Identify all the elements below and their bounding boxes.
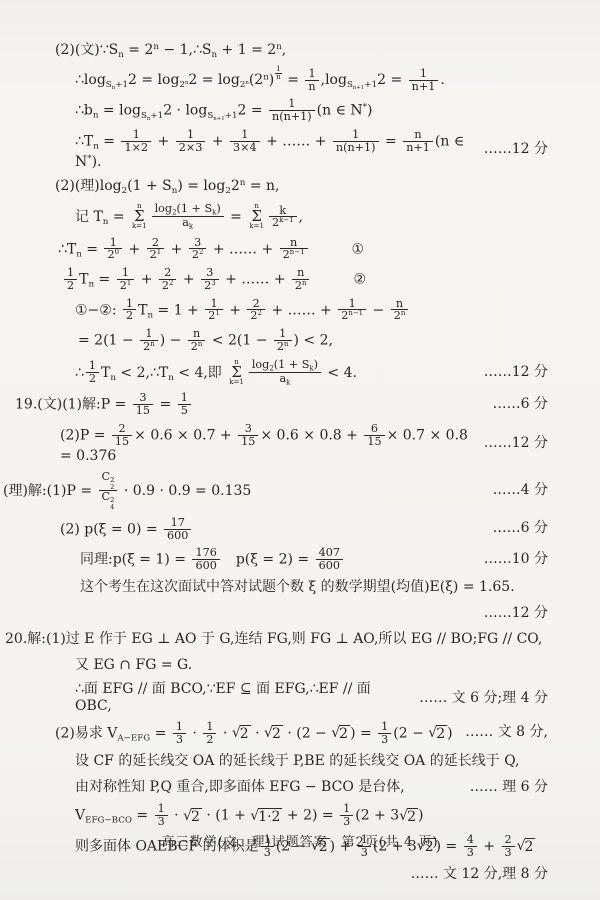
subscript: n+1 <box>353 85 364 91</box>
subscript: n <box>76 249 82 259</box>
numerator: 2 <box>247 298 265 310</box>
numerator: 1 <box>305 68 318 80</box>
document-line: 记 Tn = nΣk=1log2(1 + Sk)ak = nΣk=1k2k−1, <box>0 202 600 232</box>
denominator: 2 <box>123 309 136 322</box>
score-label: …… 文 6 分;理 4 分 <box>409 690 548 708</box>
document-line: VEFG−BCO = 13 · √2 · (1 + √1·2 + 2) = 13… <box>0 802 600 829</box>
fraction: n2n <box>391 298 409 323</box>
subscript: n <box>212 50 218 60</box>
denominator: 2n−1 <box>338 309 366 322</box>
numerator: 1 <box>140 328 158 340</box>
denominator: 5 <box>178 404 191 417</box>
line-content: 由对称性知 P,Q 重合,即多面体 EFG − BCO 是台体, <box>75 779 405 797</box>
superscript: 3 <box>211 279 215 287</box>
line-content: ①−②: 12Tn = 1 + 121 + 222 + …… + 12n−1 −… <box>75 297 410 324</box>
superscript: n <box>198 340 202 348</box>
line-content: (2)易求 VA−EFG = 13 · 12 · √2 · √2 · (2 − … <box>55 720 453 747</box>
document-line: (2)P = 215× 0.6 × 0.7 + 315× 0.6 × 0.8 +… <box>0 422 600 466</box>
document-line: ①−②: 12Tn = 1 + 121 + 222 + …… + 12n−1 −… <box>0 297 600 324</box>
line-content: VEFG−BCO = 13 · √2 · (1 + √1·2 + 2) = 13… <box>75 802 423 829</box>
score-label: …… 文 8 分, <box>455 724 548 742</box>
radicand: 2 <box>407 808 418 825</box>
denominator: 2 <box>203 733 216 746</box>
superscript: 0 <box>115 249 119 257</box>
fraction: 12×3 <box>176 129 206 154</box>
denominator: 2n <box>292 279 310 292</box>
denominator: 3 <box>340 815 353 828</box>
sum-lower-limit: k=1 <box>249 223 264 230</box>
fraction: 222 <box>247 298 265 323</box>
fraction: 176600 <box>192 547 219 572</box>
page-footer: 高三数学(文、理)试题答案 第2页(共 4 页) <box>0 831 600 850</box>
summation-sigma: nΣk=1 <box>229 359 244 386</box>
numerator: 1 <box>104 237 122 249</box>
document-line: (2)(理)log2(1 + Sn) = log22n = n, <box>0 176 600 198</box>
superscript: * <box>87 155 91 165</box>
fraction: 120 <box>104 237 122 262</box>
document-line: 19.(文)(1)解:P = 315 = 15……6 分 <box>0 391 600 418</box>
document-line: 同理:p(ξ = 1) = 176600 p(ξ = 2) = 407600……… <box>0 546 600 573</box>
scanned-answer-page: (2)(文)∵Sn = 2n − 1,∴Sn + 1 = 2n,∴logSn+1… <box>0 0 600 900</box>
numerator: n <box>391 298 409 310</box>
line-content: (2)P = 215× 0.6 × 0.7 + 315× 0.6 × 0.8 +… <box>60 422 474 466</box>
fraction: log2(1 + Sk)ak <box>152 203 224 231</box>
fraction: 1n(n+1) <box>333 129 379 154</box>
denominator: 600 <box>316 559 343 572</box>
line-content: 这个考生在这次面试中答对试题个数 ξ 的数学期望(均值)E(ξ) = 1.65. <box>80 579 515 597</box>
subscript: n <box>147 310 153 320</box>
square-root: √1·2 <box>250 808 282 825</box>
line-content: 同理:p(ξ = 1) = 176600 p(ξ = 2) = 407600 <box>80 546 345 573</box>
superscript: n−1 <box>348 310 363 318</box>
superscript: n <box>284 340 288 348</box>
numerator: 6 <box>364 423 384 435</box>
document-line: 这个考生在这次面试中答对试题个数 ξ 的数学期望(均值)E(ξ) = 1.65. <box>0 577 600 599</box>
document-line: (2)易求 VA−EFG = 13 · 12 · √2 · √2 · (2 − … <box>0 720 600 747</box>
numerator: 3 <box>189 237 207 249</box>
document-line: 设 CF 的延长线交 OA 的延长线于 P,BE 的延长线交 OA 的延长线于 … <box>0 750 600 772</box>
fraction: 407600 <box>316 547 343 572</box>
fraction: 12 <box>64 267 77 292</box>
numerator: log2(1 + Sk) <box>249 359 321 372</box>
superscript: 1 <box>127 279 131 287</box>
line-content: 19.(文)(1)解:P = 315 = 15 <box>15 391 193 418</box>
subscript: n <box>110 373 116 383</box>
line-content: 记 Tn = nΣk=1log2(1 + Sk)ak = nΣk=1k2k−1, <box>75 202 303 232</box>
radicand: 2 <box>436 725 447 742</box>
denominator: 21 <box>117 279 135 292</box>
fraction: 315 <box>238 423 258 448</box>
sup-sub-stack: 24 <box>110 497 114 510</box>
subscript: A−EFG <box>117 733 150 743</box>
stack-sub: 4 <box>110 504 114 511</box>
subscript: k <box>309 364 313 372</box>
fraction: 315 <box>133 392 153 417</box>
numerator: 2 <box>159 267 177 279</box>
superscript: n <box>245 80 248 86</box>
subscript: k <box>212 208 216 216</box>
score-label: ……12 分 <box>474 141 548 159</box>
numerator: 1 <box>86 360 99 372</box>
numerator: 1 <box>338 298 366 310</box>
line-content: (2) p(ξ = 0) = 17600 <box>60 516 193 543</box>
numerator: 176 <box>192 547 219 559</box>
numerator: 1 <box>230 129 260 141</box>
denominator: n(n+1) <box>269 110 315 123</box>
denominator: 3 <box>173 733 186 746</box>
numerator: 17 <box>164 517 191 529</box>
line-content: ∴面 EFG // 面 BCO,∵EF ⊆ 面 EFG,∴EF // 面 OBC… <box>75 681 409 716</box>
fraction: 13 <box>173 721 186 746</box>
subscript: Sn+1 <box>141 111 163 121</box>
fraction: n2n−1 <box>280 237 308 262</box>
document-line: 12Tn = 121 + 222 + 323 + …… + n2n ② <box>0 266 600 293</box>
fraction: nn+1 <box>403 129 433 154</box>
fraction: 121 <box>117 267 135 292</box>
radicand: 2 <box>272 725 283 742</box>
sup-sub-stack: 22 <box>110 477 114 490</box>
score-label: ……6 分 <box>483 520 548 538</box>
line-content: (2)(理)log2(1 + Sn) = log22n = n, <box>55 178 279 196</box>
line-content: ∴bn = logSn+12 · logSn+1+12 = 1n(n+1)(n … <box>75 97 372 124</box>
subscript: Sn+1 <box>106 80 128 90</box>
subscript: 2 <box>269 364 273 372</box>
document-line: 由对称性知 P,Q 重合,即多面体 EFG − BCO 是台体,…… 理 6 分 <box>0 776 600 798</box>
subscript: n <box>103 217 109 227</box>
document-line: 20.解:(1)过 E 作于 EG ⊥ AO 于 G,连结 FG,则 FG ⊥ … <box>0 629 600 651</box>
denominator: 15 <box>364 435 384 448</box>
fraction: 215 <box>112 423 132 448</box>
numerator: n <box>292 267 310 279</box>
numerator: C22 <box>99 471 118 490</box>
fraction: 322 <box>189 237 207 262</box>
subscript: Sn+1+1 <box>207 111 237 121</box>
denominator: 3 <box>378 733 391 746</box>
denominator: n+1 <box>403 141 433 154</box>
line-content: (2)(文)∵Sn = 2n − 1,∴Sn + 1 = 2n, <box>55 42 286 60</box>
subscript: k <box>189 223 193 231</box>
numerator: n <box>280 237 308 249</box>
subscript: n+1 <box>213 116 224 122</box>
numerator: 2 <box>112 423 132 435</box>
superscript: n <box>240 178 246 188</box>
subscript: k <box>286 378 290 386</box>
subscript: 2n <box>179 80 188 90</box>
subscript: n <box>88 279 94 289</box>
numerator: n <box>188 328 206 340</box>
denominator: 2n <box>140 340 158 353</box>
line-content: ∴Tn = 11×2 + 12×3 + 13×4 + …… + 1n(n+1) … <box>75 128 474 172</box>
fraction: 13 <box>378 721 391 746</box>
denominator: 600 <box>164 529 191 542</box>
fraction: 17600 <box>164 517 191 542</box>
line-content: = 2(1 − 12n) − n2n < 2(1 − 12n) < 2, <box>78 327 333 354</box>
line-content: 又 EG ∩ FG = G. <box>75 657 192 675</box>
denominator: 1×2 <box>121 141 151 154</box>
superscript: n <box>153 42 159 52</box>
document-line: ∴logSn+12 = log2n2 = log2n(2n)1n = 1n,lo… <box>0 66 600 93</box>
denominator: ak <box>152 216 224 230</box>
denominator: 2k−1 <box>269 216 297 229</box>
denominator: 15 <box>112 435 132 448</box>
fraction: 13×4 <box>230 129 260 154</box>
superscript: 2 <box>199 249 203 257</box>
superscript: * <box>363 103 367 113</box>
document-line: (2)(文)∵Sn = 2n − 1,∴Sn + 1 = 2n, <box>0 40 600 62</box>
fraction: 1n+1 <box>409 68 439 93</box>
numerator: 1 <box>178 392 191 404</box>
numerator: 1 <box>274 328 292 340</box>
fraction: 121 <box>205 298 223 323</box>
square-root: √2 <box>428 725 447 742</box>
line-content: 12Tn = 121 + 222 + 323 + …… + n2n ② <box>62 266 366 293</box>
subscript: n <box>168 373 174 383</box>
denominator: 21 <box>147 248 165 261</box>
score-label: ……12 分 <box>474 364 548 382</box>
denominator: 15 <box>238 435 258 448</box>
square-root: √2 <box>399 808 418 825</box>
radicand: 2 <box>191 808 202 825</box>
score-label: ……12 分 <box>474 435 548 453</box>
subscript: n <box>118 50 124 60</box>
numerator: 1 <box>121 129 151 141</box>
denominator: 22 <box>189 248 207 261</box>
superscript: n <box>276 42 282 52</box>
denominator: 600 <box>192 559 219 572</box>
fraction: log2(1 + Sk)ak <box>249 359 321 387</box>
fraction: 12 <box>86 360 99 385</box>
denominator: C24 <box>99 490 118 510</box>
document-line: = 2(1 − 12n) − n2n < 2(1 − 12n) < 2, <box>0 327 600 354</box>
fraction: 1n <box>305 68 318 93</box>
fraction: 323 <box>201 267 219 292</box>
fraction: 12 <box>123 298 136 323</box>
subscript: n <box>93 111 99 121</box>
numerator: 407 <box>316 547 343 559</box>
superscript: 2 <box>258 310 262 318</box>
superscript: 1 <box>215 310 219 318</box>
denominator: 2×3 <box>176 141 206 154</box>
fraction: 12 <box>203 721 216 746</box>
subscript: EFG−BCO <box>85 816 132 826</box>
subscript: 2 <box>172 208 176 216</box>
numerator: 3 <box>201 267 219 279</box>
fraction: 222 <box>159 267 177 292</box>
numerator: k <box>269 205 297 217</box>
score-label: ……10 分 <box>474 551 548 569</box>
superscript: n <box>185 80 188 86</box>
score-label: ……4 分 <box>483 482 548 500</box>
numerator: log2(1 + Sk) <box>152 203 224 216</box>
numerator: n <box>403 129 433 141</box>
document-line: (2) p(ξ = 0) = 17600……6 分 <box>0 516 600 543</box>
document-line: …… 文 12 分,理 8 分 <box>0 863 600 885</box>
subscript: n <box>93 141 99 151</box>
numerator: 1 <box>409 68 439 80</box>
square-root: √2 <box>183 808 202 825</box>
line-content: ∴12Tn < 2,∴Tn < 4,即 nΣk=1log2(1 + Sk)ak … <box>75 358 357 388</box>
denominator: 22 <box>247 309 265 322</box>
document-line: ∴Tn = 11×2 + 12×3 + 13×4 + …… + 1n(n+1) … <box>0 128 600 172</box>
fraction: C22C24 <box>99 471 118 511</box>
numerator: 1 <box>269 98 315 110</box>
superscript: n <box>302 279 306 287</box>
denominator: 2n <box>188 340 206 353</box>
fraction: 12n <box>140 328 158 353</box>
document-line: ∴bn = logSn+12 · logSn+1+12 = 1n(n+1)(n … <box>0 97 600 124</box>
numerator: 1 <box>203 721 216 733</box>
numerator: 1 <box>333 129 379 141</box>
numerator: 2 <box>147 237 165 249</box>
line-content: 设 CF 的延长线交 OA 的延长线于 P,BE 的延长线交 OA 的延长线于 … <box>75 753 519 771</box>
superscript: 1 <box>157 249 161 257</box>
denominator: 2n <box>274 340 292 353</box>
denominator: n(n+1) <box>333 141 379 154</box>
summation-sigma: nΣk=1 <box>132 203 147 230</box>
subscript: 2 <box>122 186 128 196</box>
subscript: n <box>172 186 178 196</box>
denominator: ak <box>249 372 321 386</box>
fraction: 13 <box>340 803 353 828</box>
denominator: 3 <box>155 815 168 828</box>
denominator: 23 <box>201 279 219 292</box>
fraction: 12n <box>274 328 292 353</box>
denominator: 21 <box>205 309 223 322</box>
document-line: 又 EG ∩ FG = G. <box>0 655 600 677</box>
denominator: 20 <box>104 248 122 261</box>
denominator: 2 <box>64 279 77 292</box>
numerator: 1 <box>155 803 168 815</box>
superscript: k−1 <box>279 217 293 225</box>
numerator: 1 <box>64 267 77 279</box>
radicand: 1·2 <box>258 808 282 825</box>
radicand: 2 <box>339 725 350 742</box>
numerator: 1 <box>173 721 186 733</box>
subscript: 2n <box>240 80 249 90</box>
subscript: n <box>147 116 150 122</box>
summation-sigma: nΣk=1 <box>249 203 264 230</box>
superscript: n <box>401 310 405 318</box>
line-content: ∴logSn+12 = log2n2 = log2n(2n)1n = 1n,lo… <box>75 66 445 93</box>
numerator: 3 <box>238 423 258 435</box>
superscript: n <box>150 340 154 348</box>
document-line: ……12 分 <box>0 603 600 625</box>
score-label: …… 文 12 分,理 8 分 <box>401 866 548 884</box>
fraction: 15 <box>178 392 191 417</box>
line-content: 20.解:(1)过 E 作于 EG ⊥ AO 于 G,连结 FG,则 FG ⊥ … <box>5 631 542 649</box>
superscript: 2 <box>169 279 173 287</box>
sum-lower-limit: k=1 <box>229 379 244 386</box>
fraction: 11×2 <box>121 129 151 154</box>
answer-sheet-body: (2)(文)∵Sn = 2n − 1,∴Sn + 1 = 2n,∴logSn+1… <box>0 0 600 885</box>
denominator: 2 <box>86 372 99 385</box>
score-label: ……12 分 <box>474 605 548 623</box>
square-root: √2 <box>232 725 251 742</box>
fraction: 12n−1 <box>338 298 366 323</box>
denominator: 2n <box>391 309 409 322</box>
fraction: 13 <box>155 803 168 828</box>
fraction: 615 <box>364 423 384 448</box>
denominator: 2n−1 <box>280 248 308 261</box>
fraction: 1n <box>275 66 282 82</box>
stack-sub: 2 <box>110 484 114 491</box>
subscript: Sn+1+1 <box>347 80 377 90</box>
score-label: …… 理 6 分 <box>460 779 548 797</box>
numerator: 1 <box>117 267 135 279</box>
document-line: ∴面 EFG // 面 BCO,∵EF ⊆ 面 EFG,∴EF // 面 OBC… <box>0 681 600 716</box>
fraction: 1n(n+1) <box>269 98 315 123</box>
fraction: n2n <box>292 267 310 292</box>
numerator: 3 <box>133 392 153 404</box>
score-label: ……6 分 <box>483 396 548 414</box>
subscript: n <box>112 85 115 91</box>
numerator: 1 <box>205 298 223 310</box>
radicand: 2 <box>240 725 251 742</box>
document-line: ∴12Tn < 2,∴Tn < 4,即 nΣk=1log2(1 + Sk)ak … <box>0 358 600 388</box>
superscript: n <box>263 72 269 82</box>
line-content: (理)解:(1)P = C22C24 · 0.9 · 0.9 = 0.135 <box>3 470 251 512</box>
sum-lower-limit: k=1 <box>132 223 147 230</box>
numerator: 1 <box>275 66 282 73</box>
square-root: √2 <box>331 725 350 742</box>
document-line: (理)解:(1)P = C22C24 · 0.9 · 0.9 = 0.135……… <box>0 470 600 512</box>
superscript: n−1 <box>290 249 305 257</box>
document-line: ∴Tn = 120 + 221 + 322 + …… + n2n−1 ① <box>0 236 600 263</box>
subscript: 2 <box>225 186 231 196</box>
fraction: k2k−1 <box>269 205 297 230</box>
line-content: ∴Tn = 120 + 221 + 322 + …… + n2n−1 ① <box>58 236 364 263</box>
square-root: √2 <box>264 725 283 742</box>
denominator: n <box>305 80 318 93</box>
numerator: 1 <box>123 298 136 310</box>
numerator: 1 <box>340 803 353 815</box>
denominator: 22 <box>159 279 177 292</box>
fraction: n2n <box>188 328 206 353</box>
denominator: 15 <box>133 404 153 417</box>
numerator: 1 <box>378 721 391 733</box>
numerator: 1 <box>176 129 206 141</box>
denominator: 3×4 <box>230 141 260 154</box>
fraction: 221 <box>147 237 165 262</box>
denominator: n <box>275 73 282 81</box>
denominator: n+1 <box>409 80 439 93</box>
